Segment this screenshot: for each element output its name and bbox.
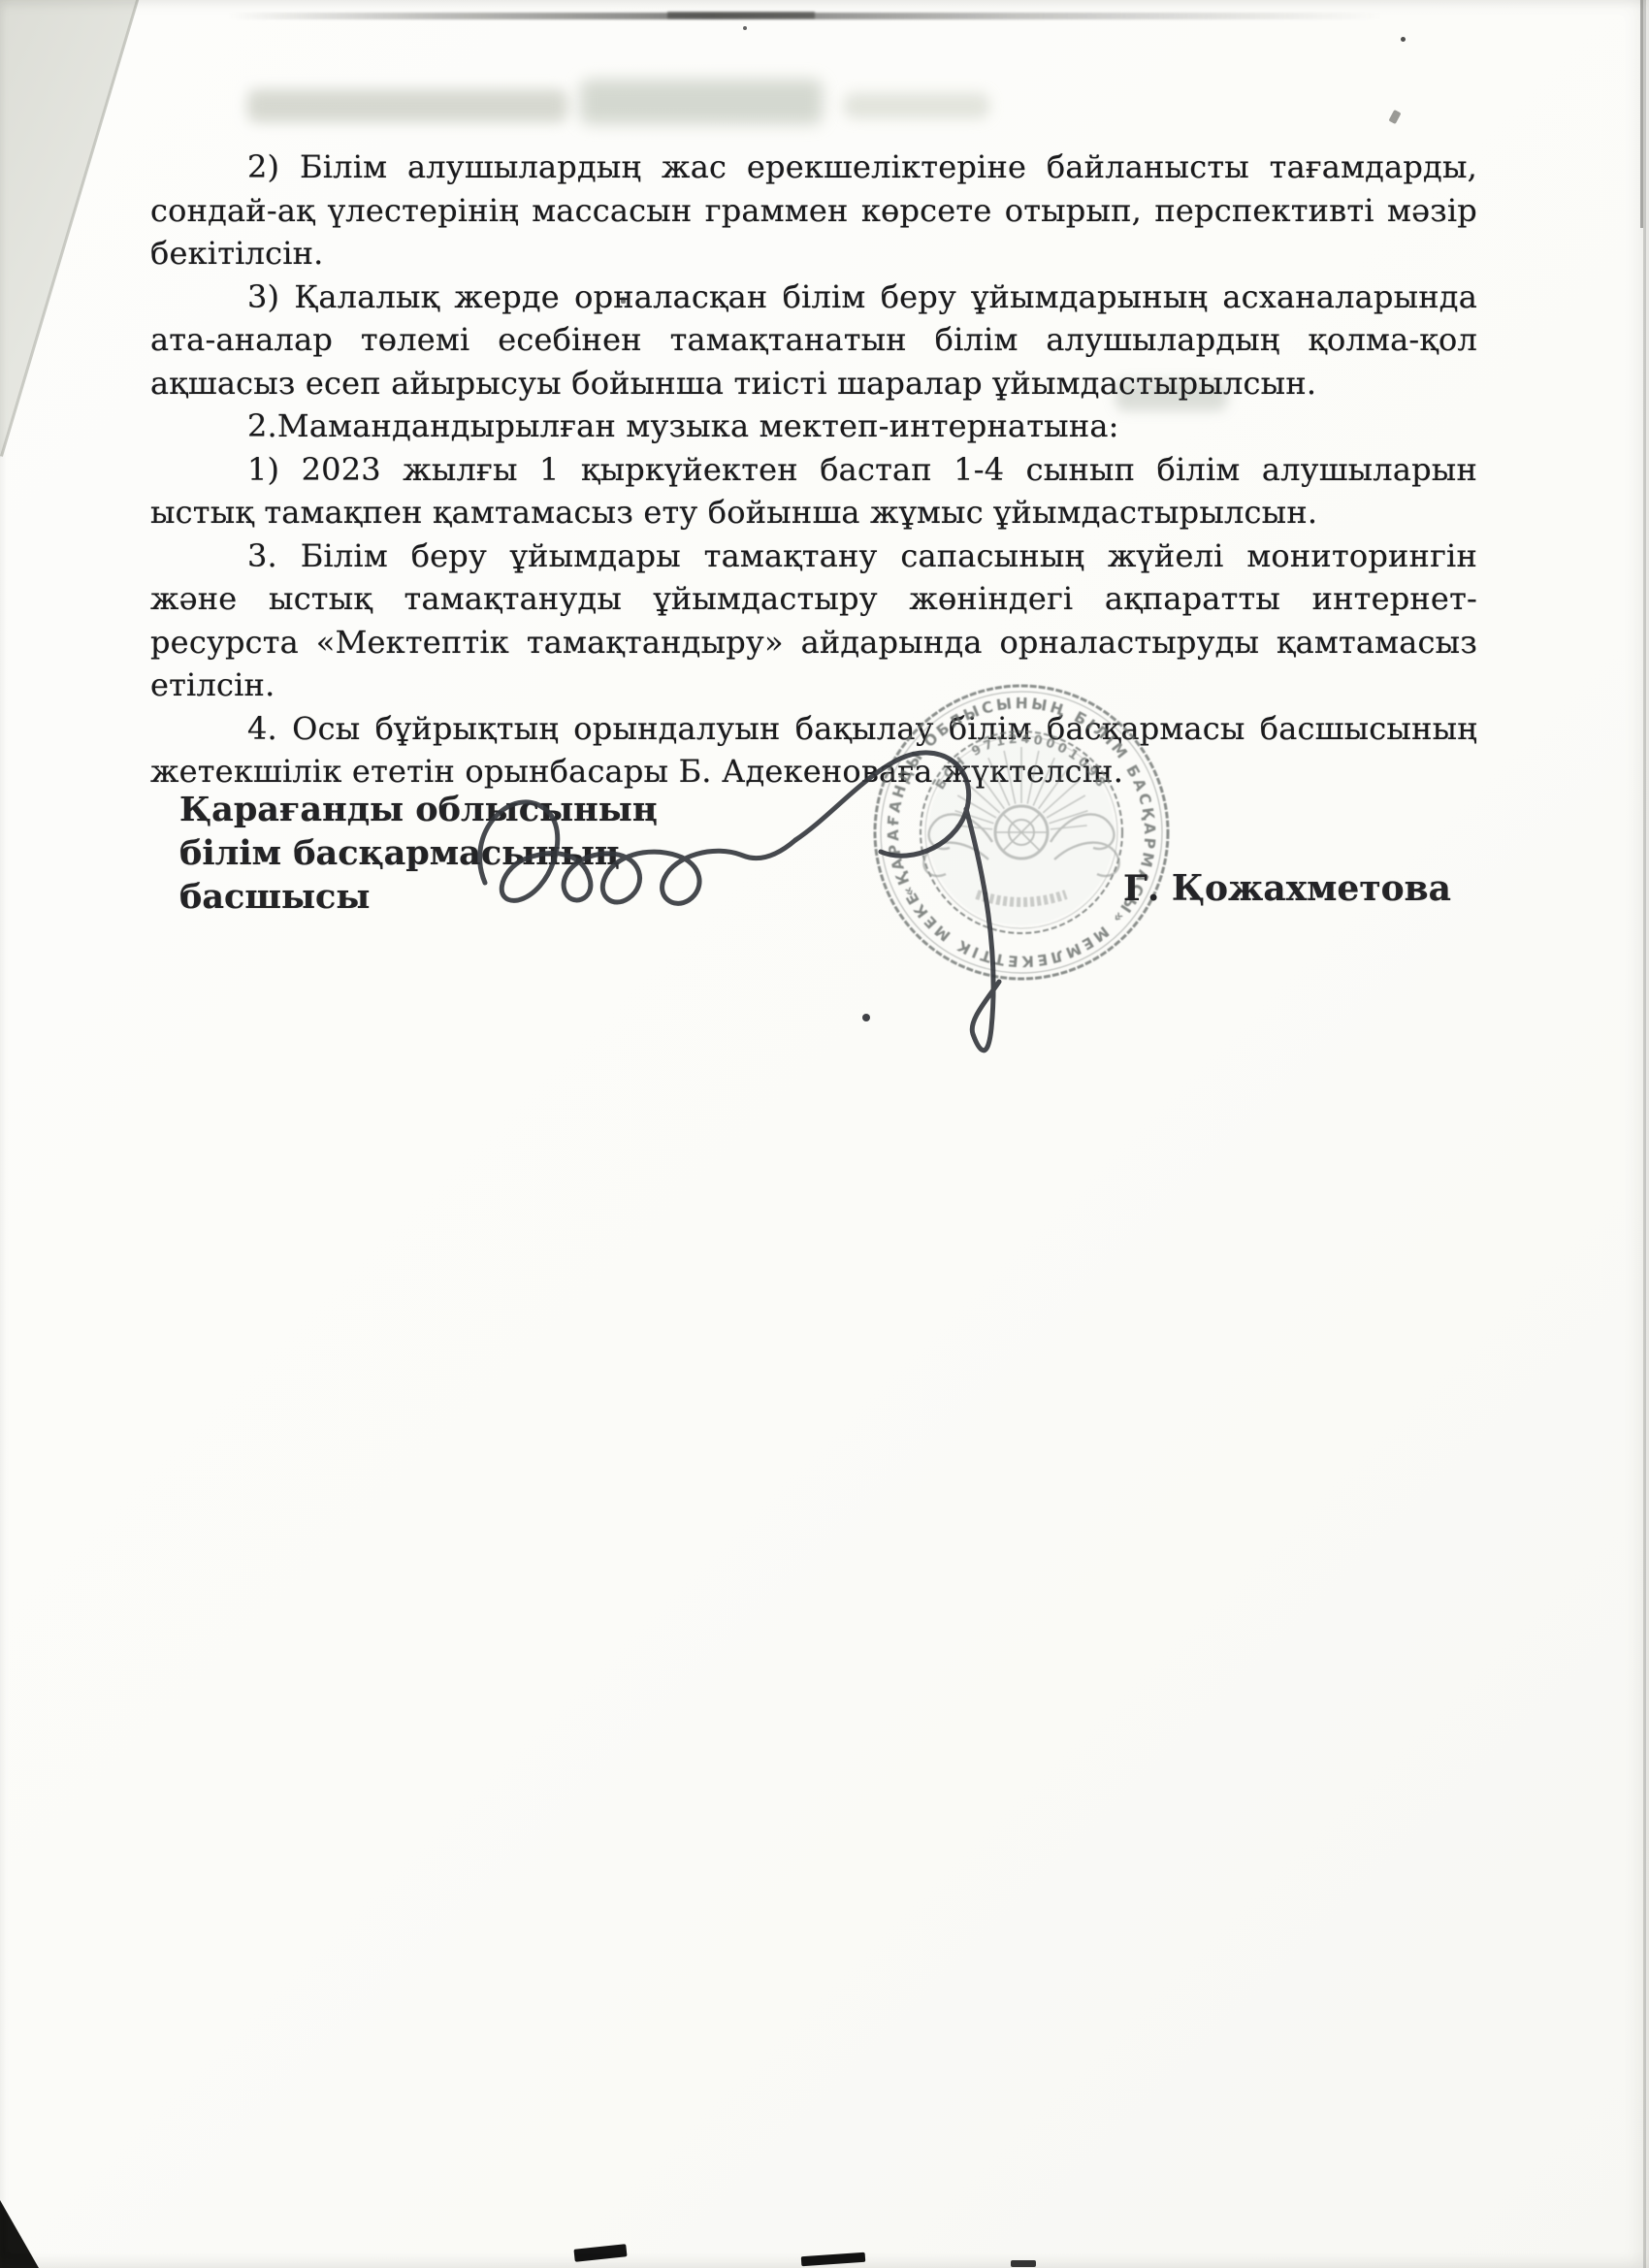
scan-speck xyxy=(1388,110,1401,124)
body-paragraph: 3) Қалалық жерде орналасқан білім беру ұ… xyxy=(150,275,1477,405)
signer-name: Г. Қожахметова xyxy=(1123,868,1451,909)
scan-speck xyxy=(621,297,626,304)
body-paragraph: 2.Мамандандырылған музыка мектеп-интерна… xyxy=(150,405,1477,448)
ink-dot xyxy=(862,1014,870,1021)
scan-artifact-bar xyxy=(1011,2260,1036,2267)
bleedthrough-smudge xyxy=(844,93,989,118)
bleedthrough-smudge xyxy=(247,89,567,122)
body-paragraph: 1) 2023 жылғы 1 қыркүйектен бастап 1-4 с… xyxy=(150,448,1477,535)
scan-edge-line xyxy=(1640,0,1643,228)
scan-speck xyxy=(1401,37,1406,42)
scan-artifact-bar xyxy=(573,2244,627,2262)
handwritten-signature xyxy=(456,708,1077,1135)
scanned-document-page: 2) Білім алушылардың жас ерекшеліктеріне… xyxy=(0,0,1649,2268)
scan-streak-artifact xyxy=(667,12,815,18)
body-paragraph: 3. Білім беру ұйымдары тамақтану сапасын… xyxy=(150,535,1477,707)
scan-artifact-bar xyxy=(801,2252,866,2267)
scan-edge-line xyxy=(1643,0,1646,2268)
scan-speck xyxy=(743,26,747,30)
scan-corner-mark xyxy=(0,2200,39,2268)
body-paragraph: 2) Білім алушылардың жас ерекшеліктеріне… xyxy=(150,146,1477,275)
bleedthrough-smudge xyxy=(580,80,823,124)
document-body: 2) Білім алушылардың жас ерекшеліктеріне… xyxy=(150,146,1477,794)
